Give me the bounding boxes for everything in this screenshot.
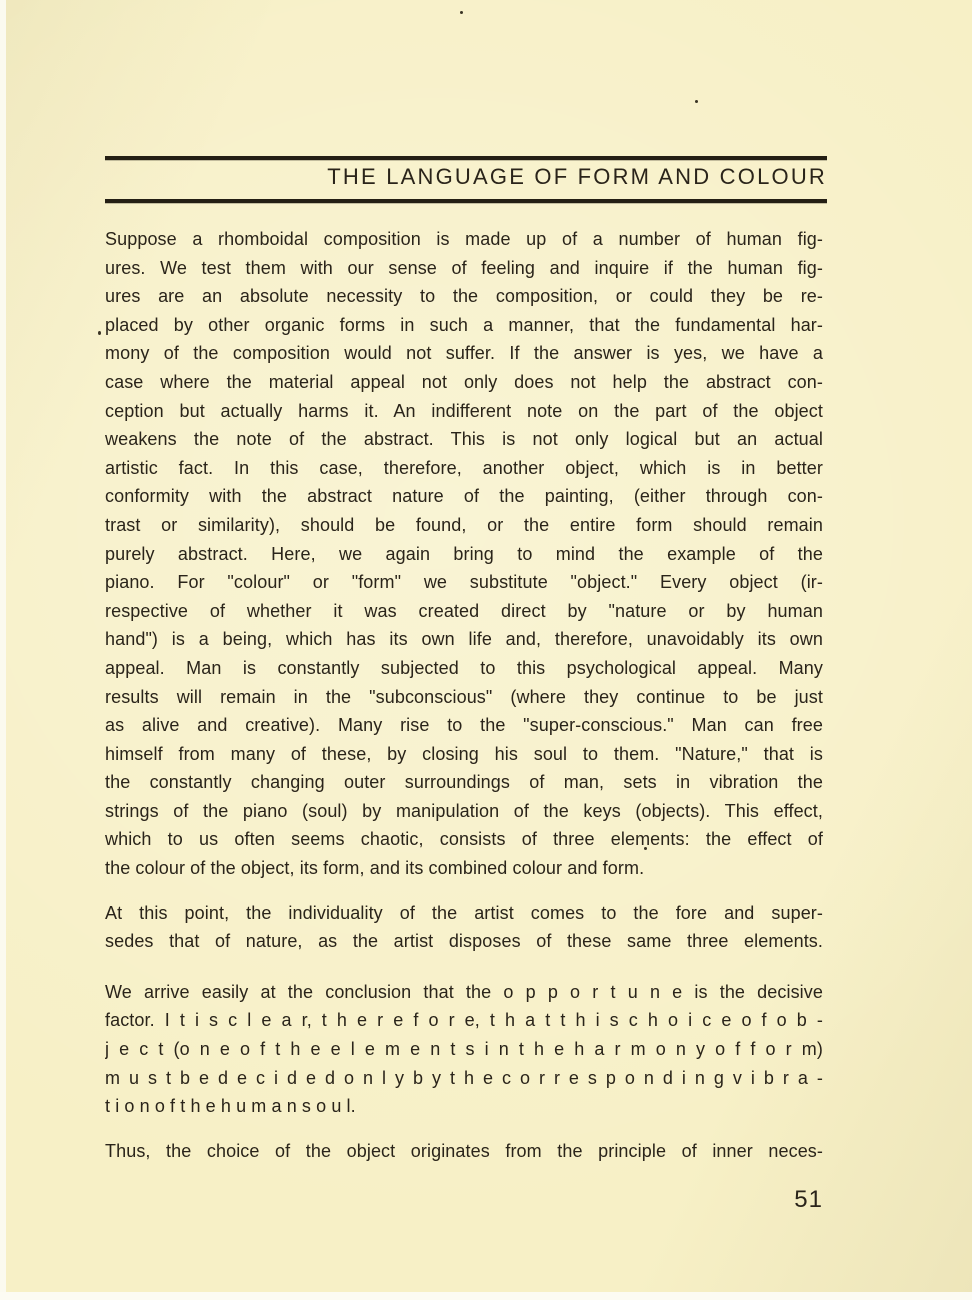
text-line: appeal. Man is constantly subjected to t… [105, 654, 823, 683]
text-line: strings of the piano (soul) by manipulat… [105, 797, 823, 826]
header-rule-top [105, 156, 827, 160]
text-line: mony of the composition would not suffer… [105, 339, 823, 368]
text-line: t i o n o f t h e h u m a n s o u l. [105, 1092, 823, 1121]
paragraph-2: At this point, the individuality of the … [105, 899, 823, 956]
text-line: purely abstract. Here, we again bring to… [105, 540, 823, 569]
text-line: as alive and creative). Many rise to the… [105, 711, 823, 740]
text-line: ures are an absolute necessity to the co… [105, 282, 823, 311]
text-line: m u s t b e d e c i d e d o n l y b y t … [105, 1064, 823, 1093]
scan-speck [98, 331, 101, 335]
text-line: results will remain in the "subconscious… [105, 683, 823, 712]
body-text: Suppose a rhomboidal composition is made… [105, 225, 823, 1165]
text-line: the constantly changing outer surroundin… [105, 768, 823, 797]
paragraph-1: Suppose a rhomboidal composition is made… [105, 225, 823, 883]
scan-speck [460, 11, 463, 14]
text-line: weakens the note of the abstract. This i… [105, 425, 823, 454]
text-line: ception but actually harms it. An indiff… [105, 397, 823, 426]
text-line: At this point, the individuality of the … [105, 899, 823, 928]
text-line: sedes that of nature, as the artist disp… [105, 927, 823, 956]
scan-speck [695, 100, 698, 103]
text-line: trast or similarity), should be found, o… [105, 511, 823, 540]
running-head-title: THE LANGUAGE OF FORM AND COLOUR [105, 164, 827, 190]
text-line: ures. We test them with our sense of fee… [105, 254, 823, 283]
text-line: artistic fact. In this case, therefore, … [105, 454, 823, 483]
text-line: himself from many of these, by closing h… [105, 740, 823, 769]
paragraph-3: We arrive easily at the conclusion that … [105, 978, 823, 1121]
text-line: hand") is a being, which has its own lif… [105, 625, 823, 654]
text-line: respective of whether it was created dir… [105, 597, 823, 626]
paragraph-4: Thus, the choice of the object originate… [105, 1137, 823, 1166]
text-line: Suppose a rhomboidal composition is made… [105, 225, 823, 254]
book-page: THE LANGUAGE OF FORM AND COLOUR Suppose … [0, 0, 972, 1300]
header-rule-bottom [105, 199, 827, 203]
text-line: conformity with the abstract nature of t… [105, 482, 823, 511]
text-line: piano. For "colour" or "form" we substit… [105, 568, 823, 597]
text-line: case where the material appeal not only … [105, 368, 823, 397]
text-line: the colour of the object, its form, and … [105, 854, 823, 883]
scan-edge-bottom [0, 1292, 972, 1300]
text-line: We arrive easily at the conclusion that … [105, 978, 823, 1007]
text-line: j e c t (o n e o f t h e e l e m e n t s… [105, 1035, 823, 1064]
text-line: factor. I t i s c l e a r, t h e r e f o… [105, 1006, 823, 1035]
text-line: Thus, the choice of the object originate… [105, 1137, 823, 1166]
scan-edge-left [0, 0, 6, 1300]
page-number: 51 [105, 1186, 823, 1214]
text-line: which to us often seems chaotic, consist… [105, 825, 823, 854]
text-line: placed by other organic forms in such a … [105, 311, 823, 340]
